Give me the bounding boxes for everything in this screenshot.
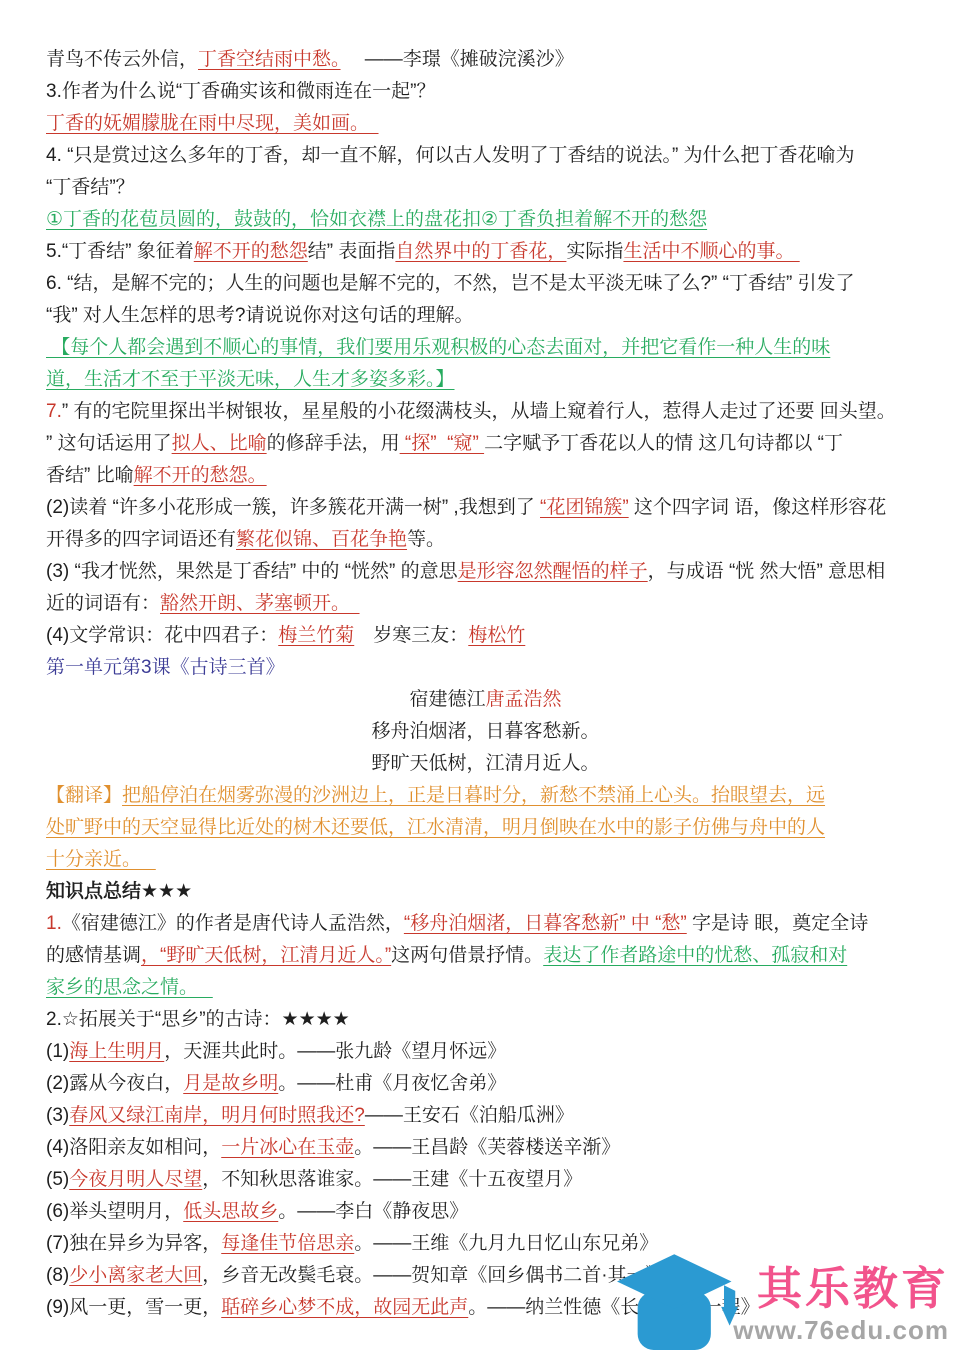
document-line: (1)海上生明月，天涯共此时。——张九龄《望月怀远》 [46,1036,965,1068]
graduation-cap-icon [617,1251,739,1357]
text-segment: “移舟泊烟渚，日暮客愁新” 中 “愁” [404,913,687,934]
text-segment: “花团锦簇” [540,497,629,518]
text-segment: 一片冰心在玉壶 [221,1137,354,1158]
text-segment: 把船停泊在烟雾弥漫的沙洲边上，正是日暮时分，新愁不禁涌上心头。抬眼望去，远 [122,785,825,806]
text-segment: 等。 [407,529,445,550]
document-line: 7.” 有的宅院里探出半树银妆，星星般的小花缀满枝头，从墙上窥着行人，惹得人走过… [46,396,965,428]
text-segment: 这个四字词 语，像这样形容花 [629,497,887,518]
text-segment: 的修辞手法，用 [267,433,400,454]
text-segment: “丁香结”？ [46,177,135,198]
text-segment: 丁香的妩媚朦胧在雨中尽现，美如画。 [46,113,379,134]
text-segment: 【翻译】 [46,785,122,806]
document-line: “丁香结”？ [46,172,965,204]
text-segment: 海上生明月 [69,1041,164,1062]
text-segment: 豁然开朗、茅塞顿开。 [160,593,360,614]
text-segment: 低头思故乡 [183,1201,278,1222]
text-segment: ，“野旷天低树，江清月近人。” [141,945,391,966]
text-segment: 解不开的愁怨。 [134,465,267,486]
text-segment: 月是故乡明 [183,1073,278,1094]
text-segment: 6. “结，是解不完的；人生的问题也是解不完的，不然，岂不是太平淡无味了么?” … [46,273,855,294]
text-segment: ，不知秋思落谁家。——王建《十五夜望月》 [202,1169,582,1190]
text-segment: 道，生活才不至于平淡无味，人生才多姿多彩。】 [46,369,455,390]
site-logo: 其乐教育 www.76edu.com [617,1251,949,1357]
text-segment: 字是诗 眼，奠定全诗 [687,913,869,934]
text-segment: 拟人、比喻 [172,433,267,454]
document-line: (4)洛阳亲友如相问，一片冰心在玉壶。——王昌龄《芙蓉楼送辛渐》 [46,1132,965,1164]
document-line: 5.“丁香结” 象征着解不开的愁怨结” 表面指自然界中的丁香花，实际指生活中不顺… [46,236,965,268]
text-segment: 这两句借景抒情。 [391,945,543,966]
text-segment: (3) [46,1105,69,1126]
document-line: 知识点总结★★★ [46,876,965,908]
document-line: (6)举头望明月，低头思故乡。——李白《静夜思》 [46,1196,965,1228]
document-line: ” 这句话运用了拟人、比喻的修辞手法，用 “探” “窥” 二字赋予丁香花以人的情… [46,428,965,460]
text-segment: (6)举头望明月， [46,1201,183,1222]
text-segment: 繁花似锦、百花争艳 [236,529,407,550]
text-segment: 野旷天低树，江清月近人。 [371,753,599,774]
document-line: 宿建德江唐孟浩然 [46,684,925,716]
text-segment: (1) [46,1041,69,1062]
document-line: (3)春风又绿江南岸，明月何时照我还?——王安石《泊船瓜洲》 [46,1100,965,1132]
document-line: 开得多的四字词语还有繁花似锦、百花争艳等。 [46,524,965,556]
document-line: 的感情基调，“野旷天低树，江清月近人。”这两句借景抒情。表达了作者路途中的忧愁、… [46,940,965,972]
document-line: 6. “结，是解不完的；人生的问题也是解不完的，不然，岂不是太平淡无味了么?” … [46,268,965,300]
document-line: 【每个人都会遇到不顺心的事情，我们要用乐观积极的心态去面对，并把它看作一种人生的… [46,332,965,364]
text-segment: (4)洛阳亲友如相问， [46,1137,221,1158]
document-line: 3.作者为什么说“丁香确实该和微雨连在一起”？ [46,76,965,108]
text-segment: ，乡音无改鬓毛衰。——贺知章《回乡偶书二首·其一》 [202,1265,664,1286]
document-line: 4. “只是赏过这么多年的丁香，却一直不解，何以古人发明了丁香结的说法。” 为什… [46,140,965,172]
text-segment: ，与成语 “恍 然大悟” 意思相 [648,561,886,582]
text-segment: 结” 表面指 [308,241,396,262]
document-line: 2.☆拓展关于“思乡”的古诗：★★★★ [46,1004,965,1036]
text-segment: 近的词语有： [46,593,160,614]
text-segment: 移舟泊烟渚，日暮客愁新。 [371,721,599,742]
text-segment: 的感情基调 [46,945,141,966]
document-line: 十分亲近。 [46,844,965,876]
text-segment: ——王安石《泊船瓜洲》 [365,1105,574,1126]
text-segment: 。——王昌龄《芙蓉楼送辛渐》 [354,1137,620,1158]
text-segment: 二字赋予丁香花以人的情 这几句诗都以 “丁 [484,433,843,454]
text-segment: 每逢佳节倍思亲 [221,1233,354,1254]
text-segment: 春风又绿江南岸，明月何时照我还? [69,1105,365,1126]
text-segment: 。——王维《九月九日忆山东兄弟》 [354,1233,658,1254]
document-line: 1.《宿建德江》的作者是唐代诗人孟浩然，“移舟泊烟渚，日暮客愁新” 中 “愁” … [46,908,965,940]
text-segment: 宿建德江 [409,689,485,710]
text-segment: ” 这句话运用了 [46,433,172,454]
text-segment: (7)独在异乡为异客， [46,1233,221,1254]
text-segment: 香结” 比喻 [46,465,134,486]
text-segment: 生活中不顺心的事。 [623,241,799,262]
document-line: 丁香的妩媚朦胧在雨中尽现，美如画。 [46,108,965,140]
text-segment: 解不开的愁怨 [194,241,308,262]
text-segment: 表达了作者路途中的忧愁、孤寂和对 [543,945,847,966]
text-segment: 今夜月明人尽望 [69,1169,202,1190]
text-segment: (8) [46,1265,69,1286]
document-line: 处旷野中的天空显得比近处的树木还要低，江水清清，明月倒映在水中的影子仿佛与舟中的… [46,812,965,844]
document-line: (3) “我才恍然，果然是丁香结” 中的 “恍然” 的意思是形容忽然醒悟的样子，… [46,556,965,588]
text-segment: “我” 对人生怎样的思考?请说说你对这句话的理解。 [46,305,474,326]
text-segment: 7. [46,401,62,422]
document-line: 道，生活才不至于平淡无味，人生才多姿多彩。】 [46,364,965,396]
text-segment: (2)读着 “许多小花形成一簇，许多簇花开满一树” ,我想到了 [46,497,540,518]
text-segment: 。——杜甫《月夜忆舍弟》 [278,1073,506,1094]
document-line: 香结” 比喻解不开的愁怨。 [46,460,965,492]
document-line: 【翻译】把船停泊在烟雾弥漫的沙洲边上，正是日暮时分，新愁不禁涌上心头。抬眼望去，… [46,780,965,812]
text-segment: ①丁香的花苞员圆的，鼓鼓的，恰如衣襟上的盘花扣②丁香负担着解不开的愁怨 [46,209,707,230]
text-segment: 4. “只是赏过这么多年的丁香，却一直不解，何以古人发明了丁香结的说法。” 为什… [46,145,855,166]
text-segment: 知识点总结★★★ [46,881,192,902]
text-segment: 家乡的思念之情。 [46,977,213,998]
text-segment: “探” “窥” [400,433,484,454]
text-segment: 第一单元第3课《古诗三首》 [46,657,285,678]
text-segment: (5) [46,1169,69,1190]
logo-url: www.76edu.com [733,1315,949,1345]
document-line: 近的词语有：豁然开朗、茅塞顿开。 [46,588,965,620]
text-segment: 。——李白《静夜思》 [278,1201,468,1222]
text-segment: 1. [46,913,62,934]
text-segment: 唐孟浩然 [486,689,562,710]
logo-text-block: 其乐教育 www.76edu.com [733,1263,949,1345]
text-segment: 《宿建德江》的作者是唐代诗人孟浩然， [62,913,404,934]
document-line: 野旷天低树，江清月近人。 [46,748,925,780]
text-segment: ——李璟《摊破浣溪沙》 [341,49,574,70]
logo-brand-text: 其乐教育 [757,1263,949,1315]
text-segment: 实际指 [566,241,623,262]
document-line: 移舟泊烟渚，日暮客愁新。 [46,716,925,748]
text-segment: ” 有的宅院里探出半树银妆，星星般的小花缀满枝头，从墙上窥着行人，惹得人走过了还… [62,401,896,422]
text-segment: 梅松竹 [468,625,525,646]
document-line: (2)读着 “许多小花形成一簇，许多簇花开满一树” ,我想到了 “花团锦簇” 这… [46,492,965,524]
text-segment: 聒碎乡心梦不成，故园无此声 [221,1297,468,1318]
text-segment: (2)露从今夜白， [46,1073,183,1094]
document-line: “我” 对人生怎样的思考?请说说你对这句话的理解。 [46,300,965,332]
text-segment: (9)风一更，雪一更， [46,1297,221,1318]
text-segment: (4)文学常识：花中四君子： [46,625,278,646]
document-line: (2)露从今夜白，月是故乡明。——杜甫《月夜忆舍弟》 [46,1068,965,1100]
text-segment: 自然界中的丁香花， [395,241,566,262]
text-segment: 2.☆拓展关于“思乡”的古诗：★★★★ [46,1009,350,1030]
document-line: 青鸟不传云外信，丁香空结雨中愁。 ——李璟《摊破浣溪沙》 [46,44,965,76]
document-line: (5)今夜月明人尽望，不知秋思落谁家。——王建《十五夜望月》 [46,1164,965,1196]
text-segment: 是形容忽然醒悟的样子 [458,561,648,582]
document-body: 青鸟不传云外信，丁香空结雨中愁。 ——李璟《摊破浣溪沙》3.作者为什么说“丁香确… [46,44,965,1324]
text-segment: 【每个人都会遇到不顺心的事情，我们要用乐观积极的心态去面对，并把它看作一种人生的… [46,337,830,358]
text-segment: 梅兰竹菊 [278,625,354,646]
document-line: 家乡的思念之情。 [46,972,965,1004]
text-segment: 十分亲近。 [46,849,156,870]
text-segment: 少小离家老大回 [69,1265,202,1286]
text-segment: 岁寒三友： [354,625,468,646]
text-segment: (3) “我才恍然，果然是丁香结” 中的 “恍然” 的意思 [46,561,458,582]
document-line: 第一单元第3课《古诗三首》 [46,652,965,684]
text-segment: 5.“丁香结” 象征着 [46,241,194,262]
document-page: 青鸟不传云外信，丁香空结雨中愁。 ——李璟《摊破浣溪沙》3.作者为什么说“丁香确… [0,0,965,1365]
text-segment: ，天涯共此时。——张九龄《望月怀远》 [164,1041,506,1062]
document-line: ①丁香的花苞员圆的，鼓鼓的，恰如衣襟上的盘花扣②丁香负担着解不开的愁怨 [46,204,965,236]
text-segment: 开得多的四字词语还有 [46,529,236,550]
text-segment: 处旷野中的天空显得比近处的树木还要低，江水清清，明月倒映在水中的影子仿佛与舟中的… [46,817,825,838]
document-line: (4)文学常识：花中四君子：梅兰竹菊 岁寒三友：梅松竹 [46,620,965,652]
text-segment: 丁香空结雨中愁。 [198,49,341,70]
text-segment: 3.作者为什么说“丁香确实该和微雨连在一起”？ [46,81,436,102]
text-segment: 青鸟不传云外信， [46,49,198,70]
